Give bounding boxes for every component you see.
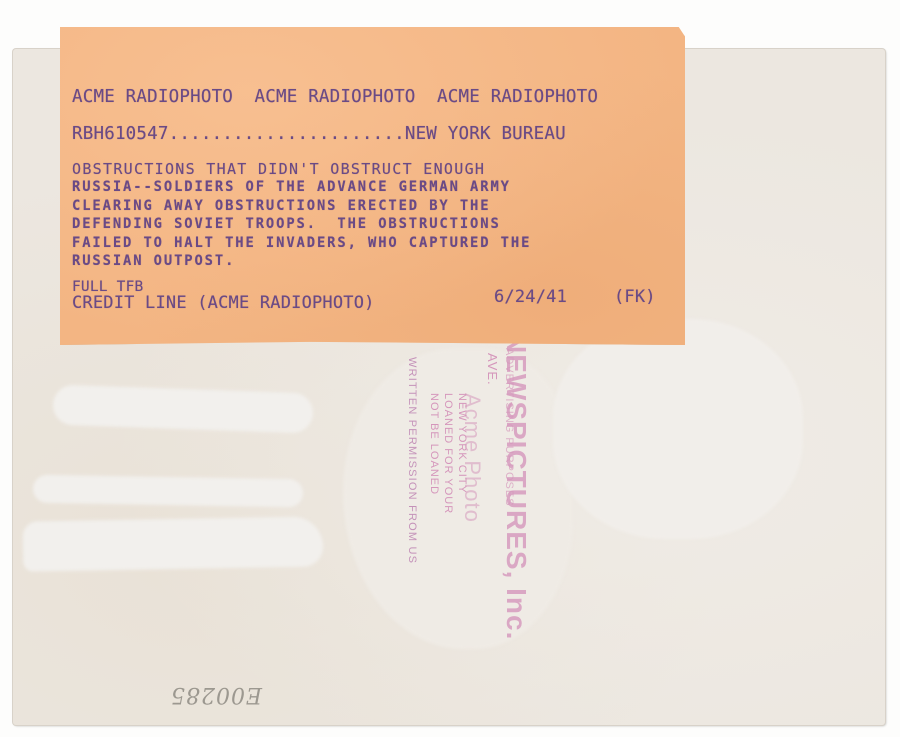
credit-line: CREDIT LINE (ACME RADIOPHOTO) [72,293,375,313]
stamp-notice-2: NOT BE LOANED [428,393,440,495]
stamp-address: AVE. [485,353,500,386]
bureau-name: NEW YORK BUREAU [405,124,566,144]
handwritten-inventory-number: E00285 [170,682,262,707]
stamp-notice-1: LOANED FOR YOUR [442,393,454,514]
glue-residue [553,319,803,539]
stamp-notice-3: ADVERTISING PURPOSES [503,348,515,507]
caption-body: RUSSIA--SOLDIERS OF THE ADVANCE GERMAN A… [72,178,531,271]
caption-body-line: FAILED TO HALT THE INVADERS, WHO CAPTURE… [72,234,531,253]
glue-residue [33,475,303,508]
stamp-permission: WRITTEN PERMISSION FROM US [406,357,418,564]
caption-body-line: DEFENDING SOVIET TROOPS. THE OBSTRUCTION… [72,215,531,234]
reference-line: RBH610547......................NEW YORK … [72,124,566,144]
caption-date: 6/24/41 [494,287,567,307]
operator-initials: (FK) [614,287,656,307]
stamp-city: NEW YORK CITY [456,393,468,494]
caption-slip: ACME RADIOPHOTO ACME RADIOPHOTO ACME RAD… [60,27,685,345]
reference-number: RBH610547 [72,124,169,144]
caption-body-line: RUSSIAN OUTPOST. [72,252,531,271]
caption-body-line: CLEARING AWAY OBSTRUCTIONS ERECTED BY TH… [72,197,531,216]
caption-headline: OBSTRUCTIONS THAT DIDN'T OBSTRUCT ENOUGH [72,160,485,178]
agency-header: ACME RADIOPHOTO ACME RADIOPHOTO ACME RAD… [72,87,598,107]
document-page: NEWSPICTURES, Inc. AVE. Acme Photo NEW Y… [0,0,900,737]
caption-body-line: RUSSIA--SOLDIERS OF THE ADVANCE GERMAN A… [72,178,531,197]
rubber-stamp: NEWSPICTURES, Inc. AVE. Acme Photo NEW Y… [370,333,580,553]
glue-residue [23,516,324,571]
reference-leader: ...................... [169,124,405,144]
